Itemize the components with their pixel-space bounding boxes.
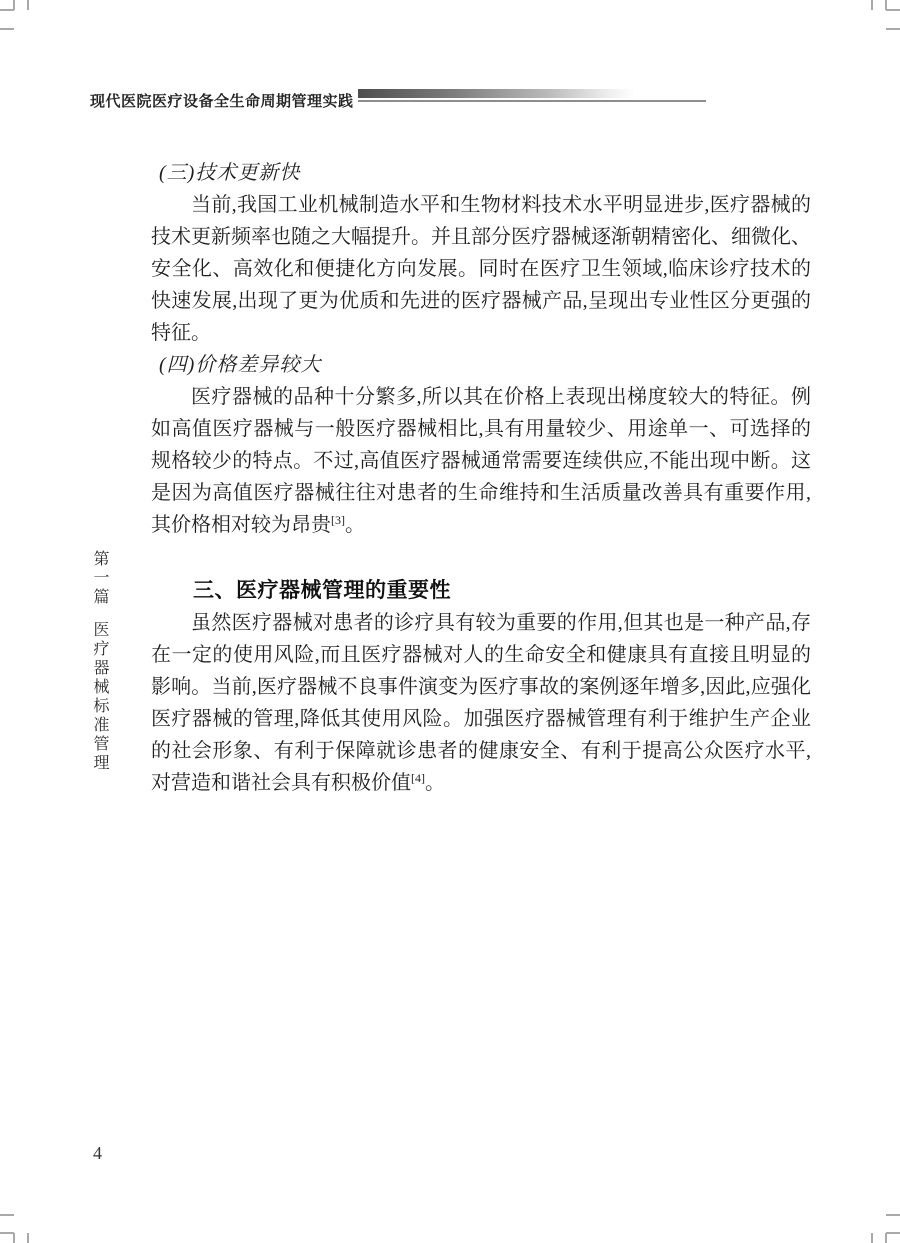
crop-mark — [886, 1214, 900, 1216]
crop-mark — [885, 0, 887, 10]
header-gradient-bar — [358, 89, 635, 98]
crop-mark — [871, 1233, 873, 1243]
crop-mark — [27, 1233, 29, 1243]
subheading-tech-update: (三)技术更新快 — [151, 157, 811, 189]
running-header-title: 现代医院医疗设备全生命周期管理实践 — [90, 90, 354, 111]
header-rule-line — [358, 100, 706, 102]
paragraph-importance-period: 。 — [425, 772, 445, 794]
chapter-sidebar: 第一篇医疗器械标准管理 — [88, 550, 111, 773]
footnote-ref-4: [4] — [411, 771, 425, 785]
crop-mark — [0, 1214, 14, 1216]
crop-mark — [13, 0, 15, 10]
subheading-price-difference: (四)价格差异较大 — [151, 349, 811, 381]
crop-mark — [0, 1232, 14, 1234]
crop-mark — [27, 0, 29, 10]
crop-mark — [871, 0, 873, 10]
crop-mark — [886, 28, 900, 30]
paragraph-importance: 虽然医疗器械对患者的诊疗具有较为重要的作用,但其也是一种产品,存在一定的使用风险… — [151, 607, 811, 799]
crop-mark — [0, 28, 14, 30]
book-page: 现代医院医疗设备全生命周期管理实践 (三)技术更新快 当前,我国工业机械制造水平… — [0, 0, 900, 1243]
paragraph-price-text: 医疗器械的品种十分繁多,所以其在价格上表现出梯度较大的特征。例如高值医疗器械与一… — [151, 386, 811, 536]
footnote-ref-3: [3] — [331, 513, 345, 527]
paragraph-importance-text: 虽然医疗器械对患者的诊疗具有较为重要的作用,但其也是一种产品,存在一定的使用风险… — [151, 612, 811, 794]
paragraph-tech-update: 当前,我国工业机械制造水平和生物材料技术水平明显进步,医疗器械的技术更新频率也随… — [151, 189, 811, 349]
paragraph-price-difference: 医疗器械的品种十分繁多,所以其在价格上表现出梯度较大的特征。例如高值医疗器械与一… — [151, 381, 811, 541]
crop-mark — [885, 1233, 887, 1243]
section-heading-importance: 三、医疗器械管理的重要性 — [151, 575, 811, 607]
crop-mark — [0, 9, 14, 11]
page-number: 4 — [93, 1143, 102, 1164]
crop-mark — [886, 9, 900, 11]
crop-mark — [13, 1233, 15, 1243]
paragraph-price-period: 。 — [345, 514, 365, 536]
sidebar-section-label: 医疗器械标准管理 — [91, 621, 108, 773]
page-body: (三)技术更新快 当前,我国工业机械制造水平和生物材料技术水平明显进步,医疗器械… — [151, 157, 811, 799]
crop-mark — [886, 1232, 900, 1234]
sidebar-part-label: 第一篇 — [91, 550, 108, 607]
